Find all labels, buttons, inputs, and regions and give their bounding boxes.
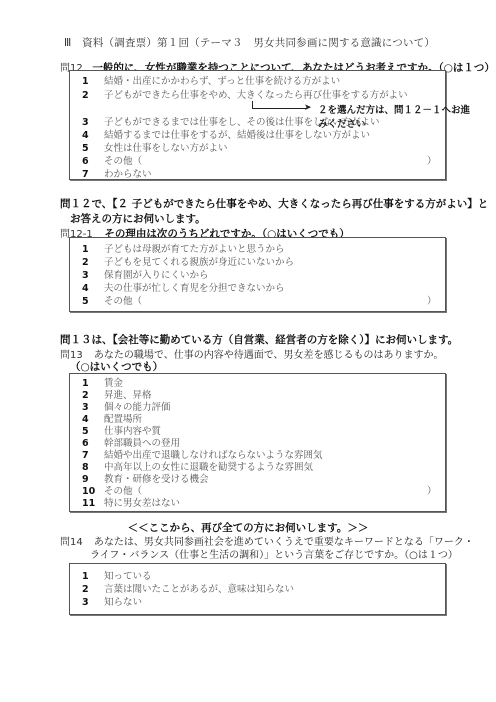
q14-text-line2: ライフ・バランス（仕事と生活の調和）」という言葉をご存じですか。（○は１つ）	[90, 546, 458, 561]
option-label: 子どもができたら仕事をやめ、大きくなったら再び仕事をする方がよい	[104, 90, 408, 101]
q12-1-options-box: 1子どもは母親が育てた方がよいと思うから 2子どもを見てくれる親族が身近にいない…	[69, 237, 446, 312]
q13-options-box: 1賃金 2昇進、昇格 3個々の能力評価 4配置場所 5仕事内容や質 6幹部職員へ…	[69, 373, 446, 512]
option-number: 5	[82, 295, 104, 308]
option-label: 知っている	[104, 571, 152, 582]
q12-1-option-2[interactable]: 2子どもを見てくれる親族が身近にいないから	[82, 256, 294, 269]
q12-1-option-4[interactable]: 4夫の仕事が忙しく育児を分担できないから	[82, 282, 285, 295]
option-label: 仕事内容や質	[104, 426, 161, 437]
option-number: 3	[82, 269, 104, 282]
option-label: 夫の仕事が忙しく育児を分担できないから	[104, 283, 285, 294]
option-number: 2	[82, 583, 104, 596]
other-close-paren: ）	[427, 485, 437, 498]
branch-connector-line	[252, 108, 307, 109]
option-number: 11	[82, 497, 104, 510]
option-label: 保育園が入りにくいから	[104, 270, 209, 281]
option-label: 女性は仕事をしない方がよい	[104, 143, 228, 154]
q12-branch-instruction: ➤ ２を選んだ方は、問１２－１へお進みください	[252, 101, 472, 115]
section-title: Ⅲ 資料（調査票）第１回（テーマ３ 男女共同参画に関する意識について）	[64, 35, 435, 50]
option-number: 5	[82, 142, 104, 155]
other-close-paren: ）	[427, 155, 437, 168]
q12-option-7[interactable]: 7わからない	[82, 168, 152, 181]
q14-options-box: 1知っている 2言葉は聞いたことがあるが、意味は知らない 3知らない	[69, 563, 446, 615]
option-label: 子どもは母親が育てた方がよいと思うから	[104, 244, 285, 255]
q12-options-box: 1結婚・出産にかかわらず、ずっと仕事を続ける方がよい 2子どもができたら仕事をや…	[69, 70, 446, 180]
option-label: 教育・研修を受ける機会	[104, 474, 209, 485]
option-label: 中高年以上の女性に退職を勧奨するような雰囲気	[104, 462, 313, 473]
q14-option-1[interactable]: 1知っている	[82, 570, 152, 583]
option-label: 昇進、昇格	[104, 390, 152, 401]
option-number: 3	[82, 116, 104, 129]
option-number: 4	[82, 282, 104, 295]
option-number: 7	[82, 168, 104, 181]
option-label: 子どもができるまでは仕事をし、その後は仕事をしない方がよい	[104, 117, 380, 128]
option-label: 個々の能力評価	[104, 402, 171, 413]
option-label: その他（	[104, 296, 142, 307]
option-label: 言葉は聞いたことがあるが、意味は知らない	[104, 584, 294, 595]
other-close-paren: ）	[427, 295, 437, 308]
option-number: 4	[82, 129, 104, 142]
arrow-right-icon: ➤	[304, 103, 312, 113]
q12-option-4[interactable]: 4結婚するまでは仕事をするが、結婚後は仕事をしない方がよい	[82, 129, 370, 142]
q14-option-3[interactable]: 3知らない	[82, 596, 142, 609]
option-label: 幹部職員への登用	[104, 438, 180, 449]
option-label: 結婚するまでは仕事をするが、結婚後は仕事をしない方がよい	[104, 130, 370, 141]
option-label: その他（	[104, 156, 142, 167]
q12-option-3[interactable]: 3子どもができるまでは仕事をし、その後は仕事をしない方がよい	[82, 116, 380, 129]
option-label: その他（	[104, 486, 142, 497]
q12-1-intro-line1: 問１２で、【２ 子どもができたら仕事をやめ、大きくなったら再び仕事をする方がよい…	[60, 197, 488, 212]
q13-instruction: （○はいくつでも）	[70, 359, 163, 374]
q12-option-1[interactable]: 1結婚・出産にかかわらず、ずっと仕事を続ける方がよい	[82, 75, 340, 88]
q14-number: 問14	[60, 533, 83, 548]
q12-1-option-1[interactable]: 1子どもは母親が育てた方がよいと思うから	[82, 243, 285, 256]
option-label: 結婚・出産にかかわらず、ずっと仕事を続ける方がよい	[104, 76, 340, 87]
option-number: 6	[82, 155, 104, 168]
option-label: わからない	[104, 169, 152, 180]
option-number: 3	[82, 596, 104, 609]
option-number: 1	[82, 570, 104, 583]
q13-option-11[interactable]: 11特に男女差はない	[82, 497, 180, 510]
option-number: 1	[82, 243, 104, 256]
option-label: 結婚や出産で退職しなければならないような雰囲気	[104, 450, 323, 461]
q12-option-5[interactable]: 5女性は仕事をしない方がよい	[82, 142, 228, 155]
q12-1-option-3[interactable]: 3保育園が入りにくいから	[82, 269, 209, 282]
option-number: 2	[82, 256, 104, 269]
q12-option-6[interactable]: 6その他（）	[82, 155, 442, 168]
q12-1-option-5[interactable]: 5その他（）	[82, 295, 442, 308]
branch-connector	[252, 101, 253, 108]
option-label: 子どもを見てくれる親族が身近にいないから	[104, 257, 294, 268]
q12-1-intro: 問１２で、【２ 子どもができたら仕事をやめ、大きくなったら再び仕事をする方がよい…	[60, 197, 488, 227]
q14-option-2[interactable]: 2言葉は聞いたことがあるが、意味は知らない	[82, 583, 294, 596]
option-number: 1	[82, 75, 104, 88]
option-number: 2	[82, 89, 104, 102]
option-label: 知らない	[104, 597, 142, 608]
option-label: 配置場所	[104, 414, 142, 425]
option-label: 賃金	[104, 378, 123, 389]
option-label: 特に男女差はない	[104, 498, 180, 509]
